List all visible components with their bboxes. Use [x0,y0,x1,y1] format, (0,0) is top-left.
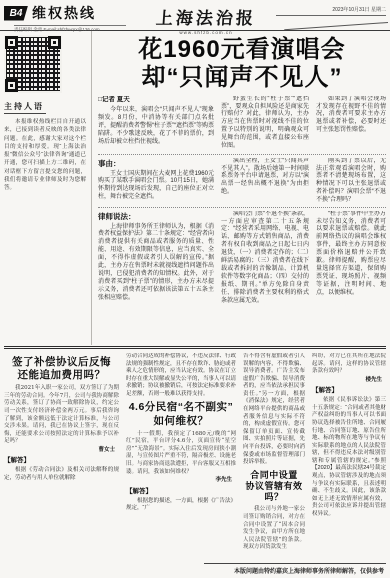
qr-finder-icon [5,36,18,49]
question3-title-line1: 合同中设置 [243,470,305,481]
section-divider-rule [4,346,386,349]
date-line: 2023年10月31日 星期二 [276,6,386,16]
case-section-label: 事由： [98,159,214,169]
answer3-text: 依据《民事诉讼法》第三十五条规定：“合同或者其他财产权益纠纷的当事人可以书面协议… [312,397,386,518]
case-col-1: 事由： 王女士国庆期间在大麦网上花费1960元购买了某歌手演唱会门票。10月15… [98,158,214,204]
reporter-byline: □记者 夏天 [98,96,214,105]
lawyer-col-2: 演唱会门票“不退不换”条款，一方面应审查第二十五条规定：“经营者采用网络、电视、… [221,211,309,345]
intro-text: 今年以来，演唱会“只闻声不见人”现象频发。8月份，中消协等有关部门点名批评，提醒… [98,107,214,147]
qa-column-2: 劳动合同达成的补偿协议，不违反法律、行政法规的强制性规定，且不存在欺诈、胁迫或者… [126,353,236,558]
headline-line-1: 花1960元看演唱会 [98,36,386,64]
lawyer-section-label: 律师说法： [98,212,214,222]
editor-contact-line: 责任编辑 金勇 E-mail:shfzbwqrx@126.com [14,25,126,33]
lawyer-col-1: 律师说法： 上海律师事务所王律师认为，根据《消费者权益保护法》第二十条规定：“经… [98,211,214,345]
page-number-badge: B4 [4,6,28,21]
answer1-label: 【解答】 [4,457,119,466]
question3-text: 我公司与外地一家公司签订购销合同，对方在合同中设置了“因本合同发生争议，由甲方所… [243,506,305,551]
case-band: 事由： 王女士国庆期间在大麦网上花费1960元购买了某歌手演唱会门票。10月15… [98,158,386,204]
intro-col-1: □记者 夏天 今年以来，演唱会“只闻声不见人”现象频发。8月份，中消协等有关部门… [98,96,214,151]
answer1-text: 根据《劳动合同法》及相关司法解释的规定，劳动者与用人单位就解除 [4,467,119,482]
host-paragraph: 本报维权热线栏目自开通以来，已接到读者反映的各类法律问题。在此，感谢大家对这个栏… [4,118,86,192]
dotted-divider [98,154,386,155]
qa-column-4: 纠纷，对方已在其所在地法院起诉。请问，这样的协议管辖条款有效吗？ 楼先生 【解答… [312,353,386,558]
header-left: B4 维权热线 责任编辑 金勇 E-mail:shfzbwqrx@126.com [4,3,136,33]
question1-title-line1: 签了补偿协议后反悔 [4,356,119,369]
qr-code [5,36,61,92]
footer-disclaimer: 本版问题由特约嘉宾上海律师事务所律师解答，仅供参考 [204,563,386,575]
page-footer: 本版问题由特约嘉宾上海律师事务所律师解答，仅供参考 [0,558,390,578]
lawyer-band: 律师说法： 上海律师事务所王律师认为，根据《消费者权益保护法》第二十条规定：“经… [98,211,386,345]
case-text: 刚买到了票以后，无法正常观看演唱会时，购票者不清楚现场布置，这种情况下可以主张退… [316,158,386,204]
lawyer-text: 演唱会门票“不退不换”条款，一方面应审查第二十五条规定：“经营者采用网络、电视、… [221,211,309,306]
question1-title-line2: 还能追加费用吗？ [4,369,119,382]
answer3-label: 【解答】 [312,387,386,396]
case-col-3: 刚买到了票以后，无法正常观看演唱会时，购票者不清楚现场布置，这种情况下可以主张退… [316,158,386,204]
newspaper-page: B4 维权热线 责任编辑 金勇 E-mail:shfzbwqrx@126.com… [0,0,390,578]
newspaper-url: www.shfzb.com.cn [136,30,276,35]
question2-title: 4.6分民宿“名不副实” 如何维权？ [126,401,236,427]
qa-column-3: 告不得含有虚假或者引人误解的内容，不得欺骗、误导消费者。广告主发布虚假广告欺骗、… [243,353,305,558]
question3-text-tail: 纠纷，对方已在其所在地法院起诉。请问，这样的协议管辖条款有效吗？ [312,353,386,376]
host-column-title: 主持人语 [4,101,46,114]
case-text: 王女士国庆期间在大麦网上花费1960元购买了某歌手演唱会门票。10月15日，她满… [98,171,214,203]
question1-title: 签了补偿协议后反悔 还能追加费用吗？ [4,356,119,382]
article-intro-band: □记者 夏天 今年以来，演唱会“只闻声不见人”现象频发。8月份，中消协等有关部门… [98,96,386,151]
intro-text: 如果到了演唱会现场才发现存在视野不佳的情况，消费者可要求主办方退票或者补偿，必要… [316,96,386,136]
header-diagonal-rule [284,22,388,30]
question3-signature: 楼先生 [312,377,386,385]
answer2-text: 根据您的描述，一方面，根据《广告法》规定，“广 [126,498,236,513]
intro-text: 野蛮生长的“柱子票”“遮挡票”，要观众自担风险还是商家先行赔付？对此，律师认为，… [221,96,309,151]
answer2-label: 【解答】 [126,488,236,497]
main-article: 花1960元看演唱会 却“只闻声不见人” □记者 夏天 今年以来，演唱会“只闻声… [92,31,390,345]
lawyer-col-3: “柱子票”事件中主办方未尽告知义务，消费者可以要求退票或赔偿。就此前网络热议的演… [316,211,386,345]
top-zone: 主持人语 本报维权热线栏目自开通以来，已接到读者反映的各类法律问题。在此，感谢大… [0,31,390,345]
lawyer-text: “柱子票”事件中主办方未尽告知义务，消费者可以要求退票或赔偿。就此前网络热议的演… [316,211,386,298]
host-column-text: 本报维权热线栏目自开通以来，已接到读者反映的各类法律问题。在此，感谢大家对这个栏… [4,118,86,192]
qr-finder-icon [5,79,18,92]
page-header: B4 维权热线 责任编辑 金勇 E-mail:shfzbwqrx@126.com… [0,0,390,31]
qr-finder-icon [48,36,61,49]
case-text: 演出全程，王女士“只闻其声不见其人”。散场后她第一时间联系票务平台申请退票，对方… [221,158,309,198]
answer1-continuation: 劳动合同达成的补偿协议，不违反法律、行政法规的强制性规定，且不存在欺诈、胁迫或者… [126,353,236,398]
question3-title: 合同中设置 协议管辖有效吗？ [243,470,305,504]
section-title: 维权热线 [32,3,96,23]
header-right: 2023年10月31日 星期二 [276,3,386,16]
question2-text: 十一假期，我预定了1680元/晚的“网红”民宿，平台评分4.6分，页面宣传“星空… [126,431,236,476]
sidebar: 主持人语 本报维权热线栏目自开通以来，已接到读者反映的各类法律问题。在此，感谢大… [0,31,92,345]
dotted-divider [98,207,386,208]
qa-column-1: 签了补偿协议后反悔 还能追加费用吗？ 我2021年入职一家公司，双方签订了为期三… [4,353,119,558]
masthead: 上海法治报 www.shfzb.com.cn [136,3,276,35]
question1-signature: 曹女士 [4,447,119,455]
question2-title-line1: 4.6分民宿“名不副实” [126,401,236,414]
lawyer-text: 上海律师事务所王律师认为，根据《消费者权益保护法》第二十条规定：“经营者向消费者… [98,224,214,303]
intro-col-3: 如果到了演唱会现场才发现存在视野不佳的情况，消费者可要求主办方退票或者补偿，必要… [316,96,386,151]
main-headline: 花1960元看演唱会 却“只闻声不见人” [98,34,386,96]
question3-title-line2: 协议管辖有效吗？ [243,481,305,504]
answer2-continuation: 告不得含有虚假或者引人误解的内容，不得欺骗、误导消费者。广告主发布虚假广告欺骗、… [243,353,305,467]
intro-col-2: 野蛮生长的“柱子票”“遮挡票”，要观众自担风险还是商家先行赔付？对此，律师认为，… [221,96,309,151]
newspaper-title: 上海法治报 [135,4,277,29]
headline-line-2: 却“只闻声不见人” [98,64,386,92]
case-col-2: 演出全程，王女士“只闻其声不见其人”。散场后她第一时间联系票务平台申请退票，对方… [221,158,309,204]
question2-signature: 李先生 [126,477,236,485]
question1-text: 我2021年入职一家公司，双方签订了为期三年的劳动合同。今年7月，公司与我协商解… [4,385,119,446]
question2-title-line2: 如何维权？ [126,415,236,428]
qa-zone: 签了补偿协议后反悔 还能追加费用吗？ 我2021年入职一家公司，双方签订了为期三… [0,351,390,558]
